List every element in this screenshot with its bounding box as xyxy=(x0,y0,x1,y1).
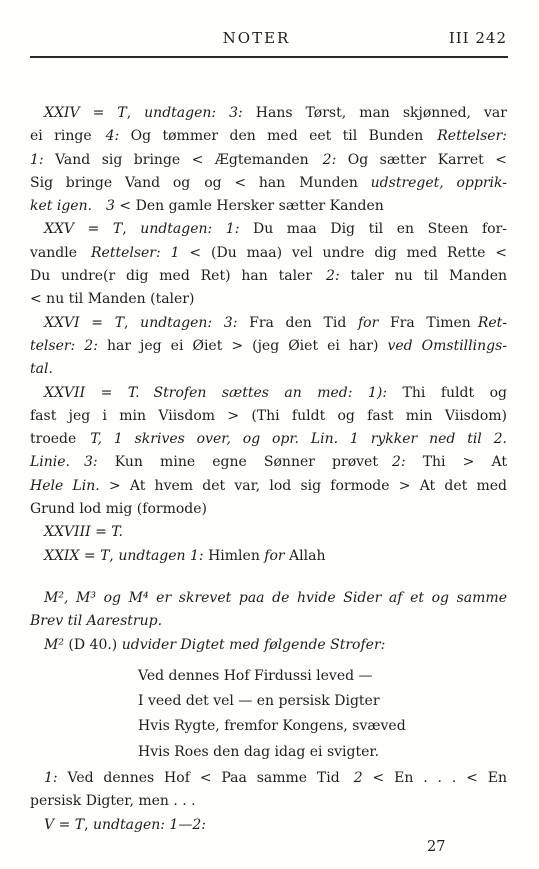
italic-text-run: T xyxy=(115,315,124,331)
italic-text-run: 2: xyxy=(326,268,340,284)
roman-text-run: Kun mine egne Sønner prøvet xyxy=(98,454,392,470)
italic-text-run: undtagen: 3: xyxy=(140,315,237,331)
text-line: XXVII = T. Strofen sættes an med: 1): Th… xyxy=(30,382,507,405)
italic-text-run: XXVII xyxy=(44,385,85,401)
roman-text-run: Thi fuldt og xyxy=(387,385,507,401)
roman-text-run: Du undre(r dig med Ret) han taler xyxy=(30,268,326,284)
text-line: XXVIII = T. xyxy=(30,521,507,544)
italic-text-run: telser: 2: xyxy=(30,338,98,354)
italic-text-run: for xyxy=(264,548,284,564)
header-rule xyxy=(30,56,508,58)
text-line: ket igen. 3 < Den gamle Hersker sætter K… xyxy=(30,195,507,218)
roman-text-run: Og sætter Karret < xyxy=(336,152,507,168)
italic-text-run: Ret- xyxy=(478,315,507,331)
page-header-reference: III 242 xyxy=(449,29,507,47)
italic-text-run: T xyxy=(75,817,84,833)
text-line: < nu til Manden (taler) xyxy=(30,288,507,311)
note-paragraph: M² (D 40.) udvider Digtet med følgende S… xyxy=(30,634,507,657)
roman-text-run: Fra Timen xyxy=(378,315,478,331)
roman-text-run xyxy=(70,454,84,470)
text-line: XXIV = T, undtagen: 3: Hans Tørst, man s… xyxy=(30,102,507,125)
text-line: 1: Ved dennes Hof < Paa samme Tid 2 < En… xyxy=(30,767,507,790)
roman-text-run: < Den gamle Hersker sætter Kanden xyxy=(115,198,384,214)
note-paragraph: XXVIII = T. xyxy=(30,521,507,544)
roman-text-run: persisk Digter, men . . . xyxy=(30,793,196,809)
note-paragraph: XXIX = T, undtagen 1: Himlen for Allah xyxy=(30,545,507,568)
italic-text-run: Brev til Aarestrup. xyxy=(30,613,162,629)
roman-text-run: ei ringe xyxy=(30,128,106,144)
roman-text-run: Ved dennes Hof < Paa samme Tid xyxy=(58,770,354,786)
roman-text-run: < nu til Manden (taler) xyxy=(30,291,194,307)
note-paragraph: 1: Ved dennes Hof < Paa samme Tid 2 < En… xyxy=(30,767,507,814)
italic-text-run: 1: xyxy=(30,152,44,168)
roman-text-run: (D 40.) xyxy=(64,637,122,653)
roman-text-run: vandle xyxy=(30,245,91,261)
text-line: fast jeg i min Viisdom > (Thi fuldt og f… xyxy=(30,405,507,428)
roman-text-run: troede xyxy=(30,431,90,447)
note-paragraph: M², M³ og M⁴ er skrevet paa de hvide Sid… xyxy=(30,587,507,634)
italic-text-run: for xyxy=(358,315,378,331)
italic-text-run: T. xyxy=(111,524,123,540)
italic-text-run: 2: xyxy=(392,454,406,470)
italic-text-run: 4: xyxy=(106,128,120,144)
italic-text-run: 2: xyxy=(323,152,337,168)
italic-text-run: Hele Lin. xyxy=(30,478,100,494)
italic-text-run: undtagen 1: xyxy=(118,548,203,564)
roman-text-run: = xyxy=(80,105,118,121)
italic-text-run: Rettelser: 1 xyxy=(91,245,180,261)
italic-text-run: undtagen: 1—2: xyxy=(93,817,206,833)
roman-text-run: taler nu til Manden xyxy=(340,268,507,284)
italic-text-run: M² xyxy=(44,637,64,653)
italic-text-run: Strofen sættes an med: 1): xyxy=(154,385,388,401)
roman-text-run: Thi > At xyxy=(406,454,507,470)
text-line: tal. xyxy=(30,358,507,381)
text-line: XXV = T, undtagen: 1: Du maa Dig til en … xyxy=(30,218,507,241)
note-paragraph: V = T, undtagen: 1—2: xyxy=(30,814,507,837)
roman-text-run: , xyxy=(122,221,140,237)
roman-text-run: Allah xyxy=(285,548,326,564)
roman-text-run: Du maa Dig til en Steen for- xyxy=(239,221,507,237)
page-header-title: NOTER xyxy=(0,29,526,47)
roman-text-run: , xyxy=(109,548,118,564)
italic-text-run: 3 xyxy=(106,198,115,214)
text-line: V = T, undtagen: 1—2: xyxy=(30,814,507,837)
roman-text-run: fast jeg i min Viisdom > (Thi fuldt og f… xyxy=(30,408,507,424)
text-line: M² (D 40.) udvider Digtet med følgende S… xyxy=(30,634,507,657)
text-line: ei ringe 4: Og tømmer den med eet til Bu… xyxy=(30,125,507,148)
roman-text-run: har jeg ei Øiet > (jeg Øiet ei har) xyxy=(98,338,388,354)
italic-text-run: 2 xyxy=(354,770,363,786)
book-page: NOTER III 242 XXIV = T, undtagen: 3: Han… xyxy=(0,0,539,869)
italic-text-run: XXVIII xyxy=(44,524,91,540)
verse-line: Ved dennes Hof Firdussi leved — xyxy=(138,664,507,689)
roman-text-run: Vand sig bringe < Ægtemanden xyxy=(44,152,323,168)
roman-text-run: Hans Tørst, man skjønned, var xyxy=(243,105,507,121)
text-line: M², M³ og M⁴ er skrevet paa de hvide Sid… xyxy=(30,587,507,610)
roman-text-run: , xyxy=(127,105,144,121)
roman-text-run: = xyxy=(54,817,75,833)
note-paragraph: XXVI = T, undtagen: 3: Fra den Tid for F… xyxy=(30,312,507,382)
roman-text-run xyxy=(140,385,154,401)
note-paragraph: XXVII = T. Strofen sættes an med: 1): Th… xyxy=(30,382,507,522)
italic-text-run: Linie. xyxy=(30,454,70,470)
italic-text-run: undtagen: 3: xyxy=(144,105,243,121)
text-line: XXVI = T, undtagen: 3: Fra den Tid for F… xyxy=(30,312,507,335)
roman-text-run: Fra den Tid xyxy=(237,315,358,331)
roman-text-run: = xyxy=(80,315,115,331)
italic-text-run: undtagen: 1: xyxy=(140,221,239,237)
roman-text-run: Grund lod mig (formode) xyxy=(30,501,207,517)
roman-text-run: = xyxy=(85,385,128,401)
italic-text-run: 1: xyxy=(44,770,58,786)
italic-text-run: tal. xyxy=(30,361,53,377)
text-line: vandle Rettelser: 1 < (Du maa) vel undre… xyxy=(30,242,507,265)
note-paragraph: XXV = T, undtagen: 1: Du maa Dig til en … xyxy=(30,218,507,311)
roman-text-run: = xyxy=(74,221,113,237)
roman-text-run xyxy=(92,198,106,214)
roman-text-run: < En . . . < En xyxy=(363,770,507,786)
note-body: XXIV = T, undtagen: 3: Hans Tørst, man s… xyxy=(30,102,507,837)
italic-text-run: ket igen. xyxy=(30,198,92,214)
text-line: Brev til Aarestrup. xyxy=(30,610,507,633)
text-line: Hele Lin. > At hvem det var, lod sig for… xyxy=(30,475,507,498)
italic-text-run: T. xyxy=(128,385,140,401)
verse-line: Hvis Rygte, fremfor Kongens, svæved xyxy=(138,714,507,739)
italic-text-run: udvider Digtet med følgende Strofer: xyxy=(122,637,386,653)
italic-text-run: V xyxy=(44,817,54,833)
italic-text-run: T, 1 skrives over, og opr. Lin. 1 rykker… xyxy=(90,431,507,447)
roman-text-run: , xyxy=(84,817,93,833)
roman-text-run: Sig bringe Vand og og < han Munden xyxy=(30,175,371,191)
italic-text-run: XXV xyxy=(44,221,74,237)
verse-line: Hvis Roes den dag idag ei svigter. xyxy=(138,740,507,765)
text-line: 1: Vand sig bringe < Ægtemanden 2: Og sæ… xyxy=(30,149,507,172)
roman-text-run: = xyxy=(91,524,112,540)
italic-text-run: M², M³ og M⁴ er skrevet paa de hvide Sid… xyxy=(44,590,507,606)
italic-text-run: udstreget, opprik- xyxy=(371,175,507,191)
roman-text-run: > At hvem det var, lod sig formode > At … xyxy=(100,478,507,494)
note-paragraph: XXIV = T, undtagen: 3: Hans Tørst, man s… xyxy=(30,102,507,218)
roman-text-run: Himlen xyxy=(204,548,265,564)
text-line: Du undre(r dig med Ret) han taler 2: tal… xyxy=(30,265,507,288)
italic-text-run: XXIX xyxy=(44,548,79,564)
italic-text-run: ved Omstillings- xyxy=(387,338,507,354)
italic-text-run: XXIV xyxy=(44,105,80,121)
italic-text-run: 3: xyxy=(84,454,98,470)
italic-text-run: T xyxy=(113,221,122,237)
italic-text-run: XXVI xyxy=(44,315,80,331)
italic-text-run: Rettelser: xyxy=(437,128,507,144)
text-line: persisk Digter, men . . . xyxy=(30,790,507,813)
roman-text-run: , xyxy=(124,315,140,331)
text-line: telser: 2: har jeg ei Øiet > (jeg Øiet e… xyxy=(30,335,507,358)
verse-block: Ved dennes Hof Firdussi leved —I veed de… xyxy=(138,664,507,765)
text-line: Linie. 3: Kun mine egne Sønner prøvet 2:… xyxy=(30,451,507,474)
text-line: Sig bringe Vand og og < han Munden udstr… xyxy=(30,172,507,195)
roman-text-run: Og tømmer den med eet til Bunden xyxy=(119,128,437,144)
page-number: 27 xyxy=(427,836,445,859)
text-line: Grund lod mig (formode) xyxy=(30,498,507,521)
roman-text-run: < (Du maa) vel undre dig med Rette < xyxy=(180,245,508,261)
verse-line: I veed det vel — en persisk Digter xyxy=(138,689,507,714)
roman-text-run: = xyxy=(79,548,100,564)
text-line: troede T, 1 skrives over, og opr. Lin. 1… xyxy=(30,428,507,451)
text-line: XXIX = T, undtagen 1: Himlen for Allah xyxy=(30,545,507,568)
italic-text-run: T xyxy=(117,105,126,121)
